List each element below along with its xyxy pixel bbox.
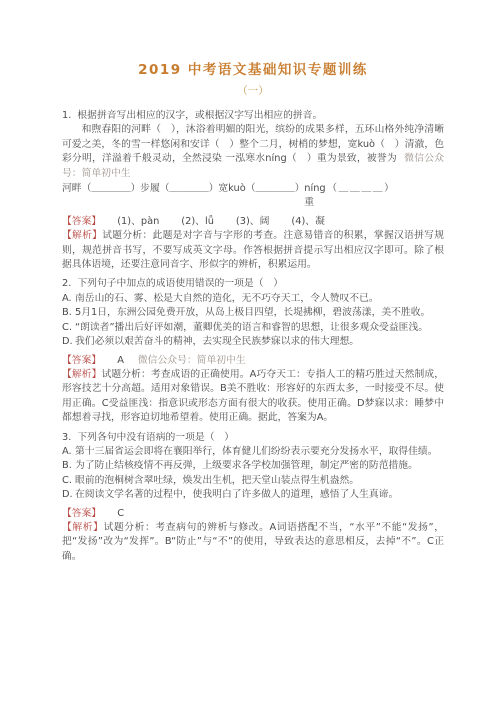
question-2-analysis: 【解析】试题分析：考查成语的正确使用。A巧夺天工：专指人工的精巧胜过天然制成，形… — [62, 368, 444, 426]
question-stem-text: 下列各句中没有语病的一项是（ ） — [77, 432, 234, 443]
answer-item-4: (4)、凝 — [291, 215, 324, 229]
option-text: 5月1日，东洲公园免费开放，从岛上极目四望，长堤拂柳，碧波荡漾，美不胜收。 — [75, 306, 444, 320]
analysis-text: 试题分析：考查病句的辨析与修改。A词语搭配不当，“水平”不能“发扬”，把“发扬”… — [62, 522, 444, 562]
answer-item-2: (2)、lǚ — [181, 215, 214, 229]
option-text: 南岳山的石、雾、松是大自然的造化，无不巧夺天工，令人赞叹不已。 — [75, 292, 444, 306]
question-3-analysis: 【解析】试题分析：考查病句的辨析与修改。A词语搭配不当，“水平”不能“发扬”，把… — [62, 521, 444, 564]
question-2-answer-row: 【答案】 A 微信公众号：简单初中生 — [62, 354, 444, 368]
option-label: D. — [62, 488, 75, 502]
question-3-option-d: D. 在阅读文学名著的过程中，使我明白了许多做人的道理，感悟了人生真谛。 — [62, 488, 444, 502]
page-subtitle: （一） — [62, 85, 444, 98]
question-1-blanks-row: 河畔（＿＿＿＿） 步履（＿＿＿＿） 宽kuò（＿＿＿＿） níng（＿＿＿＿）重 — [62, 182, 444, 211]
answer-label: 【答案】 — [62, 215, 101, 229]
answer-item-1: (1)、pàn — [117, 215, 159, 229]
question-number: 2. — [62, 278, 71, 289]
option-label: B. — [62, 459, 75, 473]
question-3-option-c: C. 眼前的泡桐树含翠吐绿，焕发出生机，把天堂山装点得生机盎然。 — [62, 474, 444, 488]
analysis-text: 试题分析：此题是对字音与字形的考查。注意易错音的积累，掌握汉语拼写规则，规范拼音… — [62, 230, 444, 270]
option-text: 眼前的泡桐树含翠吐绿，焕发出生机，把天堂山装点得生机盎然。 — [75, 474, 444, 488]
answer-label: 【答案】 — [62, 507, 101, 521]
answer-letter: C — [117, 507, 124, 521]
question-1-passage: 和煦春阳的河畔（ ），沐浴着明媚的阳光，缤纷的成果多样，五环山格外纯净清晰可爱之… — [62, 123, 444, 181]
option-text: 为了防止结核疫情不再反弹，上级要求各学校加强管理，制定严密的防范措施。 — [75, 459, 444, 473]
question-3-option-b: B. 为了防止结核疫情不再反弹，上级要求各学校加强管理，制定严密的防范措施。 — [62, 459, 444, 473]
question-2-stem: 2.下列句子中加点的成语使用错误的一项是（ ） — [62, 277, 444, 291]
question-stem-text: 根据拼音写出相应的汉字，或根据汉字写出相应的拼音。 — [77, 110, 322, 121]
blank-bulv: 步履（＿＿＿＿） — [140, 182, 218, 211]
watermark-text: 微信公众号：简单初中生 — [138, 354, 246, 368]
blank-ning: níng（＿＿＿＿）重 — [304, 182, 394, 211]
analysis-text: 试题分析：考查成语的正确使用。A巧夺天工：专指人工的精巧胜过天然制成，形容技艺十… — [62, 369, 444, 423]
question-2-option-a: A. 南岳山的石、雾、松是大自然的造化，无不巧夺天工，令人赞叹不已。 — [62, 292, 444, 306]
question-3-answer-row: 【答案】 C — [62, 507, 444, 521]
analysis-label: 【解析】 — [62, 369, 102, 380]
option-label: C. — [62, 474, 75, 488]
answer-label: 【答案】 — [62, 354, 101, 368]
option-text: 在阅读文学名著的过程中，使我明白了许多做人的道理，感悟了人生真谛。 — [75, 488, 444, 502]
question-3-stem: 3.下列各句中没有语病的一项是（ ） — [62, 431, 444, 445]
question-1: 1.根据拼音写出相应的汉字，或根据汉字写出相应的拼音。 和煦春阳的河畔（ ），沐… — [62, 109, 444, 272]
question-3-option-a: A. 第十三届省运会即将在襄阳举行，体育健儿们纷纷表示要充分发扬水平，取得佳绩。 — [62, 445, 444, 459]
question-2: 2.下列句子中加点的成语使用错误的一项是（ ） A. 南岳山的石、雾、松是大自然… — [62, 277, 444, 425]
option-label: D. — [62, 335, 75, 349]
option-label: B. — [62, 306, 75, 320]
option-label: A. — [62, 292, 75, 306]
answer-items: (1)、pàn (2)、lǚ (3)、阔 (4)、凝 — [117, 215, 325, 229]
option-label: C. — [62, 321, 75, 335]
question-2-option-b: B. 5月1日，东洲公园免费开放，从岛上极目四望，长堤拂柳，碧波荡漾，美不胜收。 — [62, 306, 444, 320]
option-text: “朗读者”播出后好评如潮，董卿优美的语言和睿智的思想，让很多观众受益匪浅。 — [75, 321, 444, 335]
analysis-label: 【解析】 — [62, 230, 102, 241]
question-2-option-c: C. “朗读者”播出后好评如潮，董卿优美的语言和睿智的思想，让很多观众受益匪浅。 — [62, 321, 444, 335]
question-1-analysis: 【解析】试题分析：此题是对字音与字形的考查。注意易错音的积累，掌握汉语拼写规则，… — [62, 229, 444, 272]
passage-text: 和煦春阳的河畔（ ），沐浴着明媚的阳光，缤纷的成果多样，五环山格外纯净清晰可爱之… — [62, 124, 444, 164]
question-1-stem: 1.根据拼音写出相应的汉字，或根据汉字写出相应的拼音。 — [62, 109, 444, 123]
question-stem-text: 下列句子中加点的成语使用错误的一项是（ ） — [77, 278, 283, 289]
question-number: 1. — [62, 110, 71, 121]
question-2-option-d: D. 我们必须以艰苦奋斗的精神，去实现全民族梦寐以求的伟大理想。 — [62, 335, 444, 349]
document-page: 2019 中考语文基础知识专题训练 （一） 1.根据拼音写出相应的汉字，或根据汉… — [0, 0, 500, 707]
question-3: 3.下列各句中没有语病的一项是（ ） A. 第十三届省运会即将在襄阳举行，体育健… — [62, 431, 444, 565]
page-title: 2019 中考语文基础知识专题训练 — [62, 62, 444, 78]
blank-kuo: 宽kuò（＿＿＿＿） — [218, 182, 304, 211]
answer-letter: A — [117, 354, 124, 368]
option-label: A. — [62, 445, 75, 459]
option-text: 我们必须以艰苦奋斗的精神，去实现全民族梦寐以求的伟大理想。 — [75, 335, 444, 349]
answer-item-3: (3)、阔 — [236, 215, 269, 229]
option-text: 第十三届省运会即将在襄阳举行，体育健儿们纷纷表示要充分发扬水平，取得佳绩。 — [75, 445, 444, 459]
question-number: 3. — [62, 432, 71, 443]
analysis-label: 【解析】 — [62, 522, 104, 533]
question-1-answer-row: 【答案】 (1)、pàn (2)、lǚ (3)、阔 (4)、凝 — [62, 215, 444, 229]
blank-hepan: 河畔（＿＿＿＿） — [62, 182, 140, 211]
